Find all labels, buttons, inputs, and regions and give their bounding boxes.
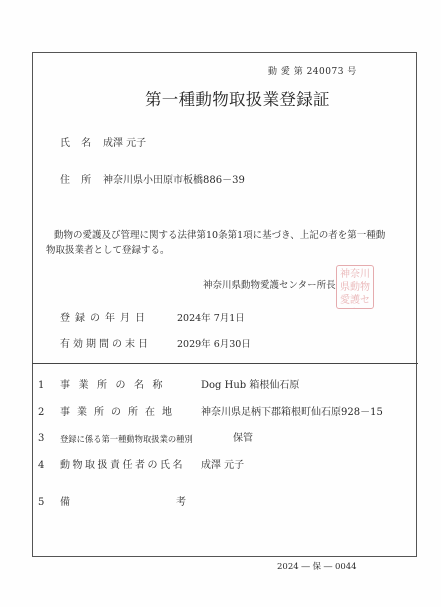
responsible-person-value: 成澤 元子 xyxy=(201,460,244,472)
item-number: 1 xyxy=(38,380,44,392)
responsible-person-label: 動物取扱責任者の氏名 xyxy=(60,460,185,472)
business-name-label: 事業所の名称 xyxy=(60,380,171,392)
business-address-value: 神奈川県足柄下郡箱根町仙石原928－15 xyxy=(201,407,383,419)
business-address-label: 事業所の所在地 xyxy=(60,407,179,419)
section-divider xyxy=(32,363,418,364)
issuer-name: 神奈川県動物愛護センター所長 xyxy=(203,280,336,292)
certificate-page: 動 愛 第 240073 号 第一種動物取扱業登録証 氏 名 成澤 元子 住 所… xyxy=(0,0,441,607)
expiration-date-label: 有効期間の末日 xyxy=(60,339,151,351)
item-number: 3 xyxy=(38,433,44,445)
remarks-label-part1: 備 xyxy=(60,497,70,509)
business-type-label: 登録に係る第一種動物取扱業の種別 xyxy=(60,433,193,445)
item-number: 4 xyxy=(38,460,44,472)
expiration-date-value: 2029年 6月30日 xyxy=(177,339,251,351)
holder-name-value: 成澤 元子 xyxy=(103,138,146,150)
holder-address-value: 神奈川県小田原市板橋886－39 xyxy=(103,175,245,187)
official-seal-icon: 神奈川県動物愛護センター所長印 xyxy=(336,265,374,309)
item-number: 5 xyxy=(38,497,44,509)
business-type-value: 保管 xyxy=(233,433,253,445)
remarks-label-part2: 考 xyxy=(176,497,186,509)
holder-name-label: 氏 名 xyxy=(60,138,95,150)
registration-date-value: 2024年 7月1日 xyxy=(177,313,245,325)
business-name-value: Dog Hub 箱根仙石原 xyxy=(201,380,299,392)
holder-address-label: 住 所 xyxy=(60,175,95,187)
item-number: 2 xyxy=(38,407,44,419)
certificate-number: 動 愛 第 240073 号 xyxy=(268,66,357,78)
registration-date-label: 登録の年月日 xyxy=(60,313,150,325)
registration-statement: 動物の愛護及び管理に関する法律第10条第1項に基づき、上記の者を第一種動物取扱業… xyxy=(46,228,386,258)
certificate-title: 第一種動物取扱業登録証 xyxy=(145,90,330,110)
footer-code: 2024 ― 保 ― 0044 xyxy=(277,561,357,573)
